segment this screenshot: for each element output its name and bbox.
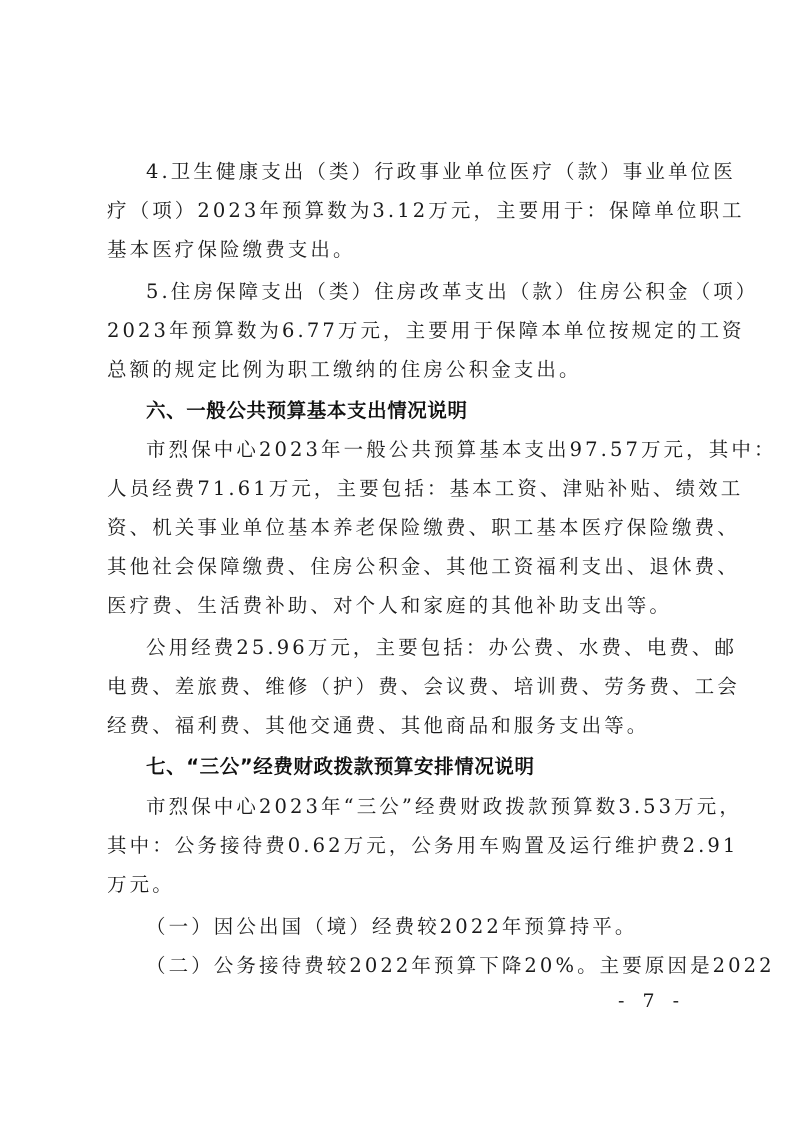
- paragraph-public-expense-line-1: 公用经费25.96万元，主要包括：办公费、水费、电费、邮: [146, 636, 692, 660]
- paragraph-public-expense-line-2: 电费、差旅费、维修（护）费、会议费、培训费、劳务费、工会: [107, 675, 692, 699]
- paragraph-housing-line-2: 2023年预算数为6.77万元，主要用于保障本单位按规定的工资: [107, 319, 692, 343]
- paragraph-three-public-line-1: 市烈保中心2023年“三公”经费财政拨款预算数3.53万元，: [146, 795, 692, 819]
- paragraph-basic-expenditure-line-2: 人员经费71.61万元，主要包括：基本工资、津贴补贴、绩效工: [107, 477, 692, 501]
- paragraph-three-public-line-2: 其中：公务接待费0.62万元，公务用车购置及运行维护费2.91: [107, 834, 692, 858]
- document-page: 4.卫生健康支出（类）行政事业单位医疗（款）事业单位医 疗（项）2023年预算数…: [0, 0, 793, 1122]
- paragraph-basic-expenditure-line-3: 资、机关事业单位基本养老保险缴费、职工基本医疗保险缴费、: [107, 516, 692, 540]
- paragraph-three-public-line-3: 万元。: [107, 873, 692, 897]
- paragraph-housing-line-1: 5.住房保障支出（类）住房改革支出（款）住房公积金（项）: [146, 280, 692, 304]
- paragraph-housing-line-3: 总额的规定比例为职工缴纳的住房公积金支出。: [107, 358, 692, 382]
- paragraph-basic-expenditure-line-1: 市烈保中心2023年一般公共预算基本支出97.57万元，其中：: [146, 438, 692, 462]
- paragraph-reception-expense: （二）公务接待费较2022年预算下降20%。主要原因是2022: [146, 954, 692, 978]
- paragraph-health-line-1: 4.卫生健康支出（类）行政事业单位医疗（款）事业单位医: [146, 160, 692, 184]
- paragraph-public-expense-line-3: 经费、福利费、其他交通费、其他商品和服务支出等。: [107, 714, 692, 738]
- paragraph-health-line-3: 基本医疗保险缴费支出。: [107, 238, 692, 262]
- section-heading-basic-expenditure: 六、一般公共预算基本支出情况说明: [146, 399, 468, 423]
- paragraph-overseas-travel: （一）因公出国（境）经费较2022年预算持平。: [146, 915, 692, 939]
- paragraph-health-line-2: 疗（项）2023年预算数为3.12万元，主要用于：保障单位职工: [107, 199, 692, 223]
- paragraph-basic-expenditure-line-5: 医疗费、生活费补助、对个人和家庭的其他补助支出等。: [107, 594, 692, 618]
- page-number: - 7 -: [618, 990, 685, 1012]
- paragraph-basic-expenditure-line-4: 其他社会保障缴费、住房公积金、其他工资福利支出、退休费、: [107, 555, 692, 579]
- section-heading-three-public-expenses: 七、“三公”经费财政拨款预算安排情况说明: [146, 755, 535, 779]
